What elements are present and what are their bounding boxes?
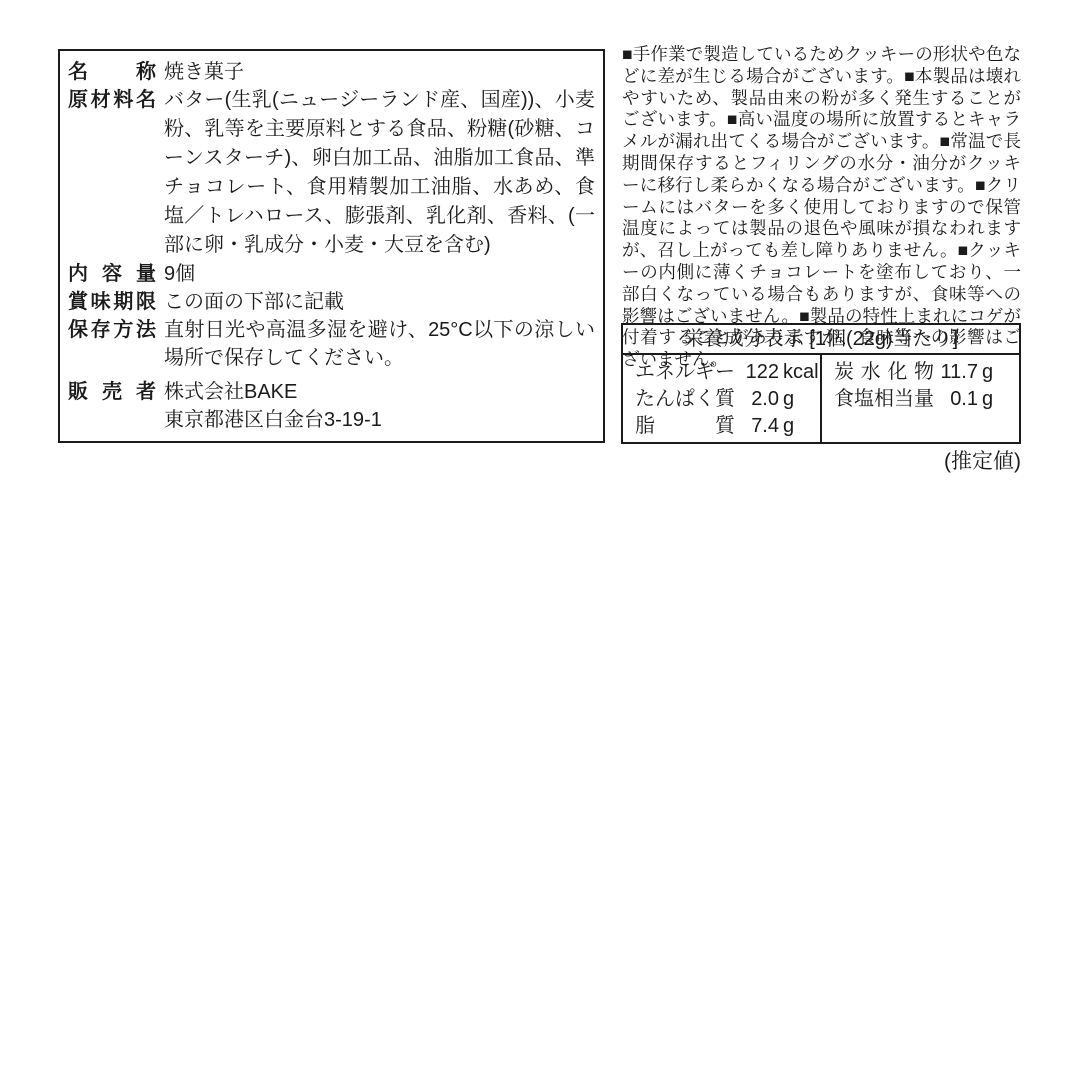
spec-row-best-before: 賞味期限 この面の下部に記載: [68, 288, 595, 316]
seller-company-name: 株式会社BAKE: [164, 378, 595, 406]
spec-row-name: 名称 焼き菓子: [68, 58, 595, 86]
spec-row-contents: 内容量 9個: [68, 260, 595, 288]
nutrition-row-energy: エネルギー 122 kcal: [635, 359, 812, 386]
precaution-notes-paragraph: ■手作業で製造しているためクッキーの形状や色などに差が生じる場合がございます。■…: [622, 44, 1021, 371]
name-value: 焼き菓子: [164, 58, 595, 86]
energy-value: 122: [737, 359, 779, 386]
ingredients-label: 原材料名: [68, 86, 156, 260]
nutrition-right-column: 炭水化物 11.7 g 食塩相当量 0.1 g: [822, 355, 1019, 444]
salt-value: 0.1: [936, 386, 978, 413]
product-spec-table: 名称 焼き菓子 原材料名 バター(生乳(ニュージーランド産、国産))、小麦粉、乳…: [58, 49, 605, 443]
best-before-value: この面の下部に記載: [164, 288, 595, 316]
nutrition-left-column: エネルギー 122 kcal たんぱく質 2.0 g 脂質 7.4 g: [623, 355, 822, 444]
nutrition-title: 栄養成分表示 [1個(22g)当たり]: [623, 325, 1019, 355]
seller-value: 株式会社BAKE 東京都港区白金台3-19-1 製造所固有記号は賞味期限の右に記…: [164, 378, 595, 443]
contents-label: 内容量: [68, 260, 156, 288]
estimated-values-note: (推定値): [621, 449, 1021, 475]
fat-value: 7.4: [737, 413, 779, 440]
protein-value: 2.0: [737, 386, 779, 413]
energy-label: エネルギー: [635, 359, 735, 386]
best-before-label: 賞味期限: [68, 288, 156, 316]
nutrition-row-salt: 食塩相当量 0.1 g: [834, 386, 1011, 413]
energy-unit: kcal: [783, 359, 819, 386]
nutrition-body: エネルギー 122 kcal たんぱく質 2.0 g 脂質 7.4 g 炭水化物…: [623, 355, 1019, 444]
nutrition-row-protein: たんぱく質 2.0 g: [635, 386, 812, 413]
salt-unit: g: [982, 386, 993, 413]
carbohydrate-label: 炭水化物: [834, 359, 934, 386]
spec-row-seller: 販売者 株式会社BAKE 東京都港区白金台3-19-1 製造所固有記号は賞味期限…: [68, 378, 595, 443]
contents-value: 9個: [164, 260, 595, 288]
carbohydrate-value: 11.7: [936, 359, 978, 386]
fat-unit: g: [783, 413, 794, 440]
storage-label: 保存方法: [68, 316, 156, 372]
seller-address: 東京都港区白金台3-19-1: [164, 406, 595, 434]
salt-label: 食塩相当量: [834, 386, 934, 413]
seller-label: 販売者: [68, 378, 156, 443]
ingredients-value: バター(生乳(ニュージーランド産、国産))、小麦粉、乳等を主要原料とする食品、粉…: [164, 86, 595, 260]
spec-row-ingredients: 原材料名 バター(生乳(ニュージーランド産、国産))、小麦粉、乳等を主要原料とす…: [68, 86, 595, 260]
nutrition-facts-table: 栄養成分表示 [1個(22g)当たり] エネルギー 122 kcal たんぱく質…: [621, 323, 1021, 444]
nutrition-row-carbohydrate: 炭水化物 11.7 g: [834, 359, 1011, 386]
spec-row-storage: 保存方法 直射日光や高温多湿を避け、25°C以下の涼しい場所で保存してください。: [68, 316, 595, 372]
protein-unit: g: [783, 386, 794, 413]
storage-value: 直射日光や高温多湿を避け、25°C以下の涼しい場所で保存してください。: [164, 316, 595, 372]
fat-label: 脂質: [635, 413, 735, 440]
name-label: 名称: [68, 58, 156, 86]
protein-label: たんぱく質: [635, 386, 735, 413]
nutrition-row-fat: 脂質 7.4 g: [635, 413, 812, 440]
carbohydrate-unit: g: [982, 359, 993, 386]
